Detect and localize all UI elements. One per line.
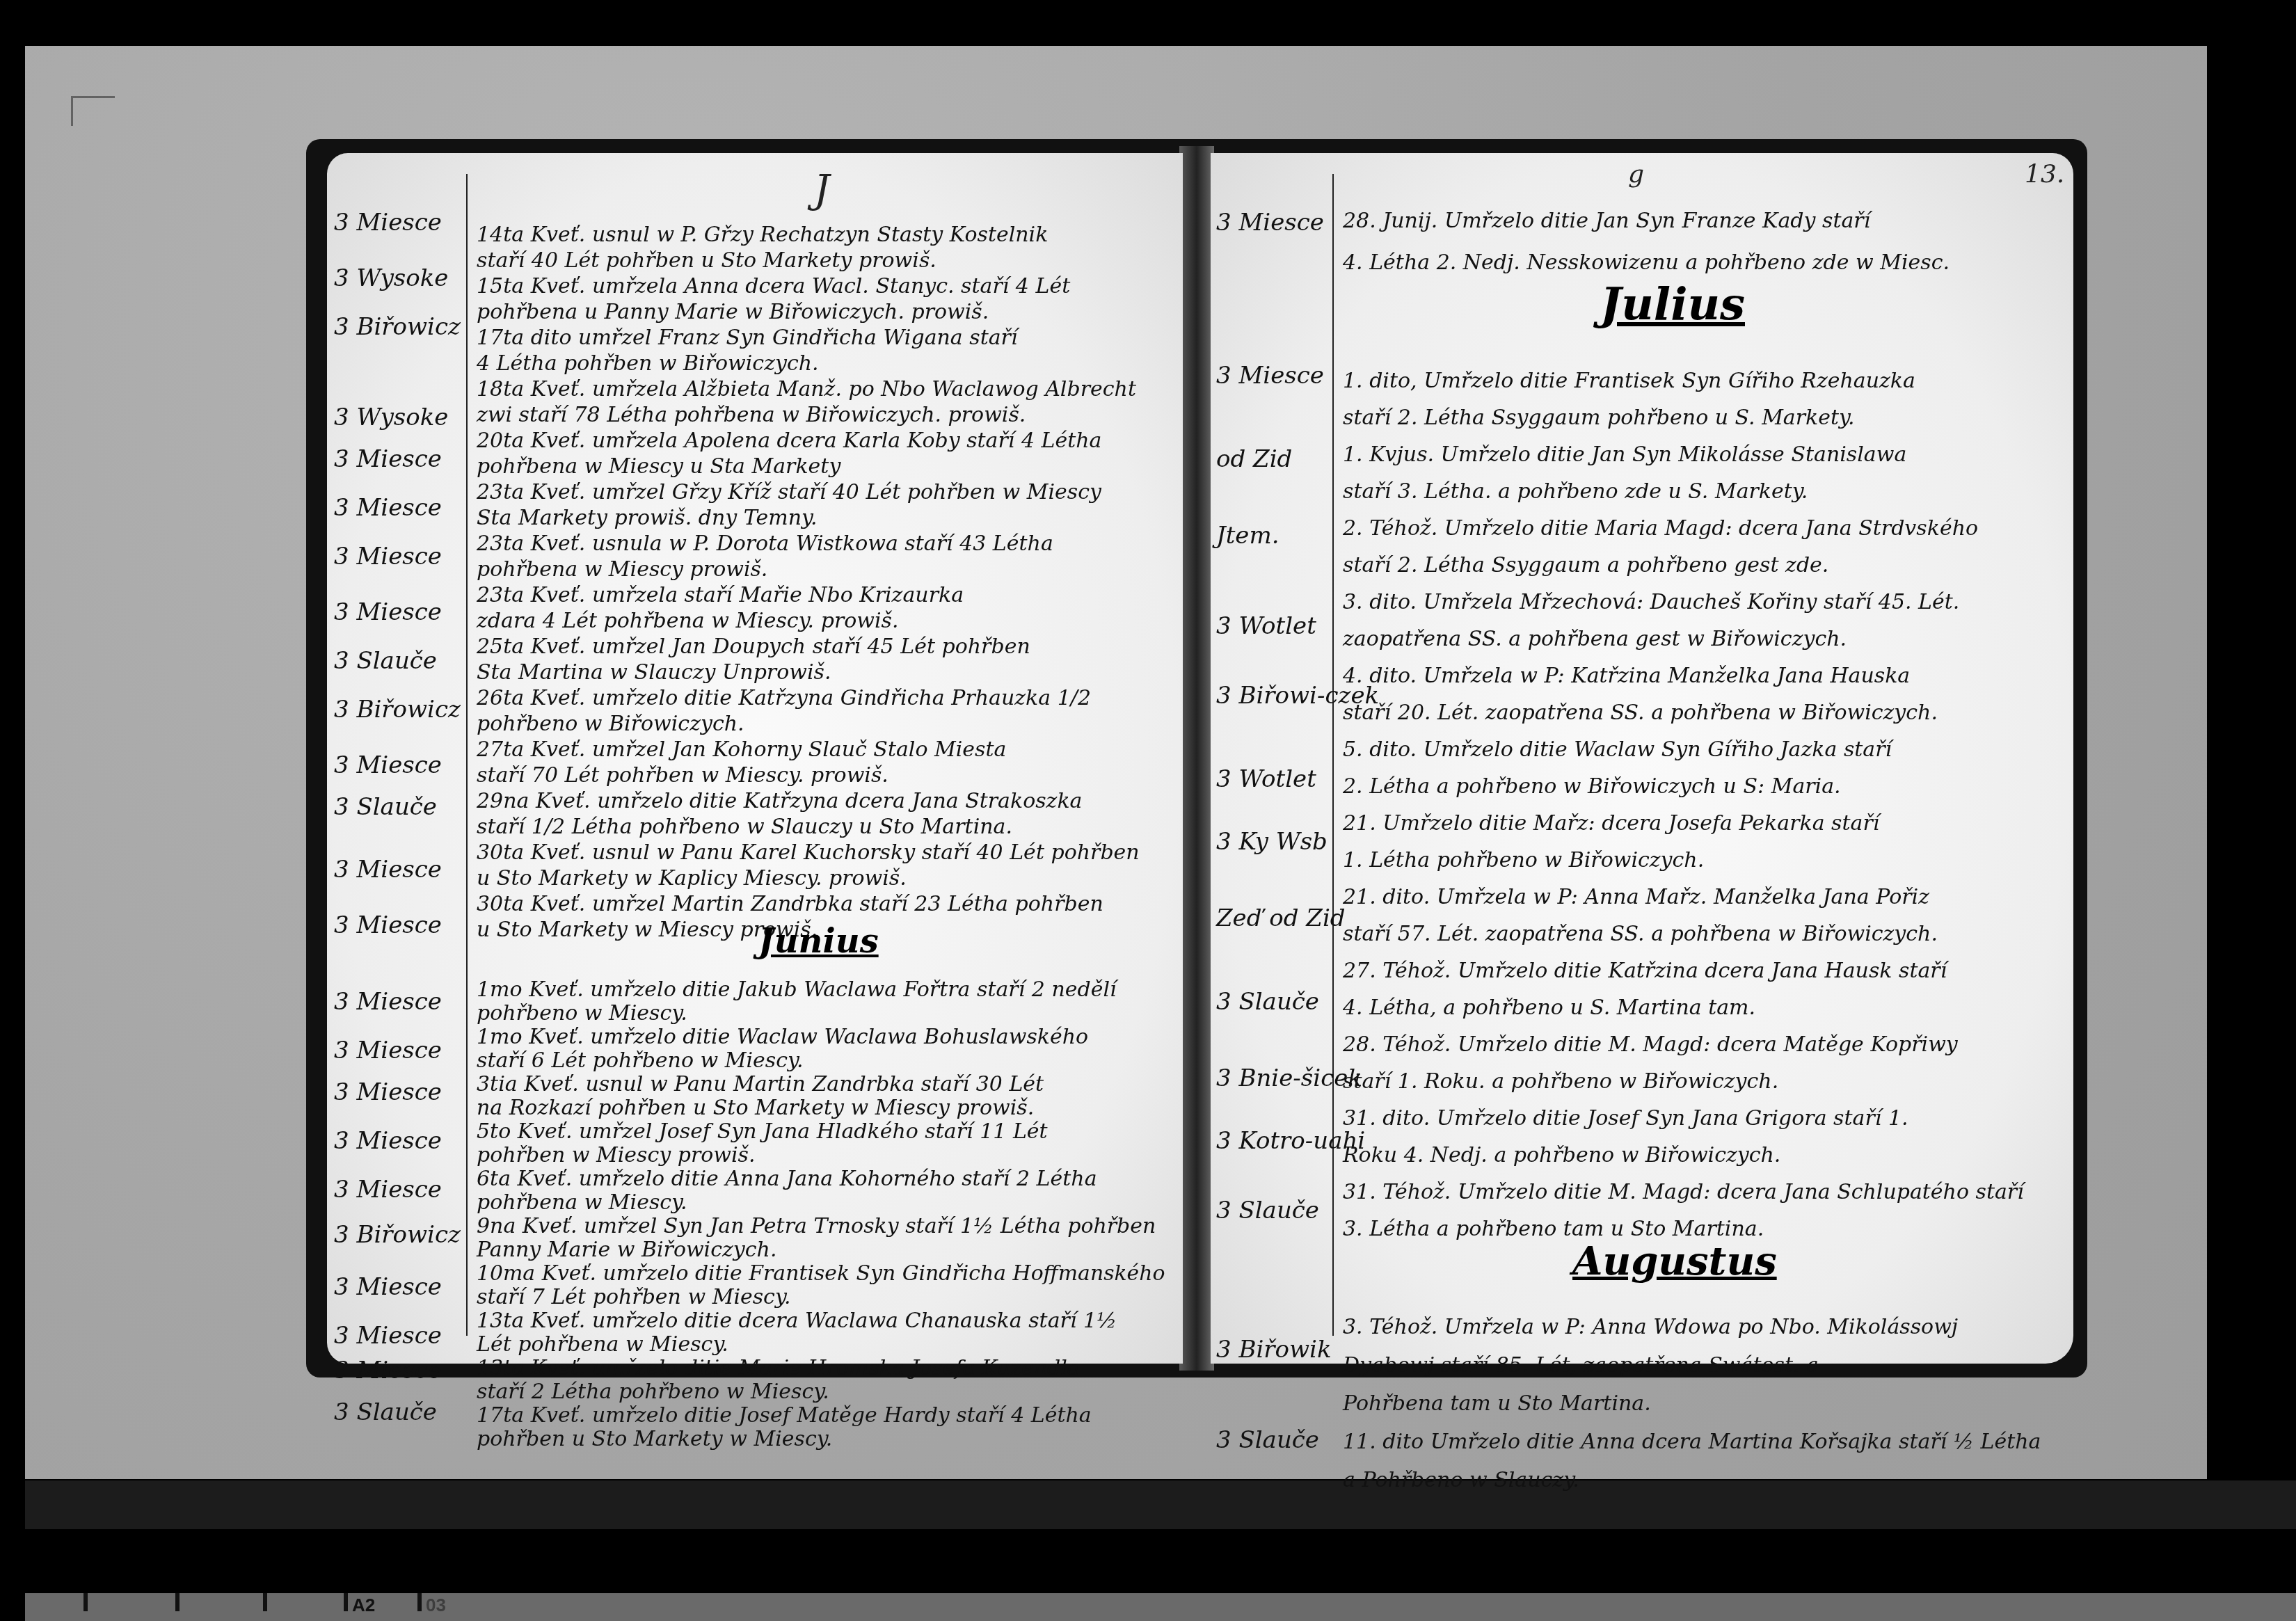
- register-entry-line: 3. dito. Umřzela Mřzechová: Daucheš Koři…: [1343, 583, 1959, 622]
- place-name: 3 Miesce: [334, 445, 442, 473]
- place-name: 3 Wotlet: [1216, 612, 1316, 640]
- place-name: 3 Biřowicz: [334, 696, 461, 724]
- register-entry-line: 28. Junij. Umřzelo ditie Jan Syn Franze …: [1343, 202, 1870, 241]
- register-entry-line: 4. dito. Umřzela w P: Katřzina Manželka …: [1343, 657, 1910, 696]
- register-entry-line: 31. dito. Umřzelo ditie Josef Syn Jana G…: [1343, 1099, 1908, 1138]
- place-name: 3 Wysoke: [334, 404, 449, 431]
- place-name: 3 Wotlet: [1216, 765, 1316, 793]
- place-name: 3 Bnie-šicek: [1216, 1064, 1362, 1092]
- month-heading-junius: Junius: [758, 922, 879, 961]
- register-entry-line: 3. Téhož. Umřzela w P: Anna Wdowa po Nbo…: [1343, 1308, 1958, 1347]
- register-entry-line: staří 2. Létha Ssyggaum a pohřbeno gest …: [1343, 546, 1828, 585]
- register-entry-line: 4. Létha 2. Nedj. Nesskowizenu a pohřben…: [1343, 243, 1950, 282]
- right-page: g 13. 3 Miesce3 Miesceod ZidJtem.3 Wotle…: [1211, 153, 2073, 1364]
- place-name: 3 Wysoke: [334, 264, 449, 292]
- register-entry-line: staří 2. Létha Ssyggaum pohřbeno u S. Ma…: [1343, 399, 1855, 438]
- register-entry-line: staří 20. Lét. zaopatřena SS. a pohřbena…: [1343, 694, 1938, 733]
- place-name: 3 Miesce: [334, 1078, 442, 1106]
- heading-mark: J: [814, 167, 829, 212]
- place-name: 3 Biřowik: [1216, 1336, 1332, 1364]
- register-entry-line: Pohřbena tam u Sto Martina.: [1343, 1384, 1651, 1423]
- place-name: 3 Miesce: [334, 494, 442, 522]
- ruler-label: 03: [426, 1595, 446, 1616]
- register-entry-line: 5. dito. Umřzelo ditie Waclaw Syn Gířiho…: [1343, 730, 1892, 769]
- register-entry-line: 27. Téhož. Umřzelo ditie Katřzina dcera …: [1343, 952, 1947, 991]
- place-name: 3 Miesce: [334, 1176, 442, 1204]
- left-page: J 3 Miesce3 Wysoke3 Biřowicz3 Wysoke3 Mi…: [327, 153, 1183, 1364]
- place-name: 3 Miesce: [334, 1322, 442, 1350]
- place-name: 3 Slauče: [1216, 1197, 1319, 1224]
- margin-rule: [1332, 174, 1334, 1336]
- register-entry-line: pohřben u Sto Markety w Miescy.: [477, 1420, 832, 1459]
- register-entry-line: a Pohřbeno w Slauczy.: [1343, 1461, 1579, 1500]
- ruler-label: A2: [352, 1595, 375, 1616]
- month-heading-julius: Julius: [1600, 278, 1745, 330]
- register-entry-line: 2. Téhož. Umřzelo ditie Maria Magd: dcer…: [1343, 509, 1978, 548]
- place-name: 3 Biřowicz: [334, 1221, 461, 1249]
- register-entry-line: staří 1. Roku. a pohřbeno w Biřowiczych.: [1343, 1062, 1778, 1101]
- register-entry-line: staří 57. Lét. zaopatřena SS. a pohřbena…: [1343, 915, 1938, 954]
- place-name: 3 Miesce: [334, 751, 442, 779]
- place-name: 3 Slauče: [1216, 988, 1319, 1016]
- register-entry-line: 11. dito Umřzelo ditie Anna dcera Martin…: [1343, 1423, 2041, 1462]
- place-name: 3 Miesce: [334, 209, 442, 237]
- place-name: 3 Miesce: [334, 856, 442, 884]
- place-name: 3 Miesce: [334, 988, 442, 1016]
- register-entry-line: 21. Umřzelo ditie Mařz: dcera Josefa Pek…: [1343, 804, 1879, 843]
- place-name: 3 Miesce: [334, 1273, 442, 1301]
- place-name: 3 Miesce: [1216, 209, 1324, 237]
- register-entry-line: 31. Téhož. Umřzelo ditie M. Magd: dcera …: [1343, 1173, 2024, 1212]
- scan-shelf-shadow: [25, 1480, 2296, 1529]
- book-gutter: [1179, 146, 1214, 1371]
- top-mark: g: [1628, 160, 1644, 189]
- place-name: 3 Miesce: [1216, 362, 1324, 390]
- register-entry-line: staří 3. Létha. a pohřbeno zde u S. Mark…: [1343, 472, 1808, 511]
- place-name: 3 Slauče: [334, 1398, 437, 1426]
- register-entry-line: 1. dito, Umřzelo ditie Frantisek Syn Gíř…: [1343, 362, 1915, 401]
- register-book: J 3 Miesce3 Wysoke3 Biřowicz3 Wysoke3 Mi…: [306, 139, 2087, 1378]
- margin-rule: [466, 174, 468, 1336]
- registration-mark: [71, 96, 115, 126]
- place-name: 3 Miesce: [334, 911, 442, 939]
- register-entry-line: Dyabowj staří 85. Lét, zaopatřena Swátos…: [1343, 1346, 1819, 1385]
- place-name: 3 Miesce: [334, 1037, 442, 1064]
- register-entry-line: 21. dito. Umřzela w P: Anna Mařz. Manžel…: [1343, 878, 1929, 917]
- register-entry-line: 1. Létha pohřbeno w Biřowiczych.: [1343, 841, 1704, 880]
- folio-number: 13.: [2025, 160, 2064, 189]
- place-name: 3 Slauče: [334, 793, 437, 821]
- register-entry-line: 2. Létha a pohřbeno w Biřowiczych u S: M…: [1343, 767, 1841, 806]
- place-name: 3 Miesce: [334, 1127, 442, 1155]
- place-name: Jtem.: [1216, 522, 1279, 550]
- place-name: 3 Miesce: [334, 543, 442, 570]
- register-entry-line: 28. Téhož. Umřzelo ditie M. Magd: dcera …: [1343, 1025, 1958, 1064]
- register-entry-line: zaopatřena SS. a pohřbena gest w Biřowic…: [1343, 620, 1847, 659]
- film-ruler: A2 03: [25, 1593, 2296, 1621]
- place-name: 3 Slauče: [334, 647, 437, 675]
- place-name: 3 Biřowicz: [334, 313, 461, 341]
- place-name: od Zid: [1216, 445, 1292, 473]
- place-name: 3 Miesce: [334, 1357, 442, 1384]
- month-heading-augustus: Augustus: [1572, 1238, 1777, 1284]
- register-entry-line: Roku 4. Nedj. a pohřbeno w Biřowiczych.: [1343, 1136, 1780, 1175]
- place-name: 3 Slauče: [1216, 1426, 1319, 1454]
- register-entry-line: 4. Létha, a pohřbeno u S. Martina tam.: [1343, 989, 1755, 1028]
- place-name: 3 Ky Wsb: [1216, 828, 1328, 856]
- place-name: Zeď od Zid: [1216, 904, 1346, 932]
- register-entry-line: 1. Kvjus. Umřzelo ditie Jan Syn Mikoláss…: [1343, 436, 1906, 474]
- place-name: 3 Miesce: [334, 598, 442, 626]
